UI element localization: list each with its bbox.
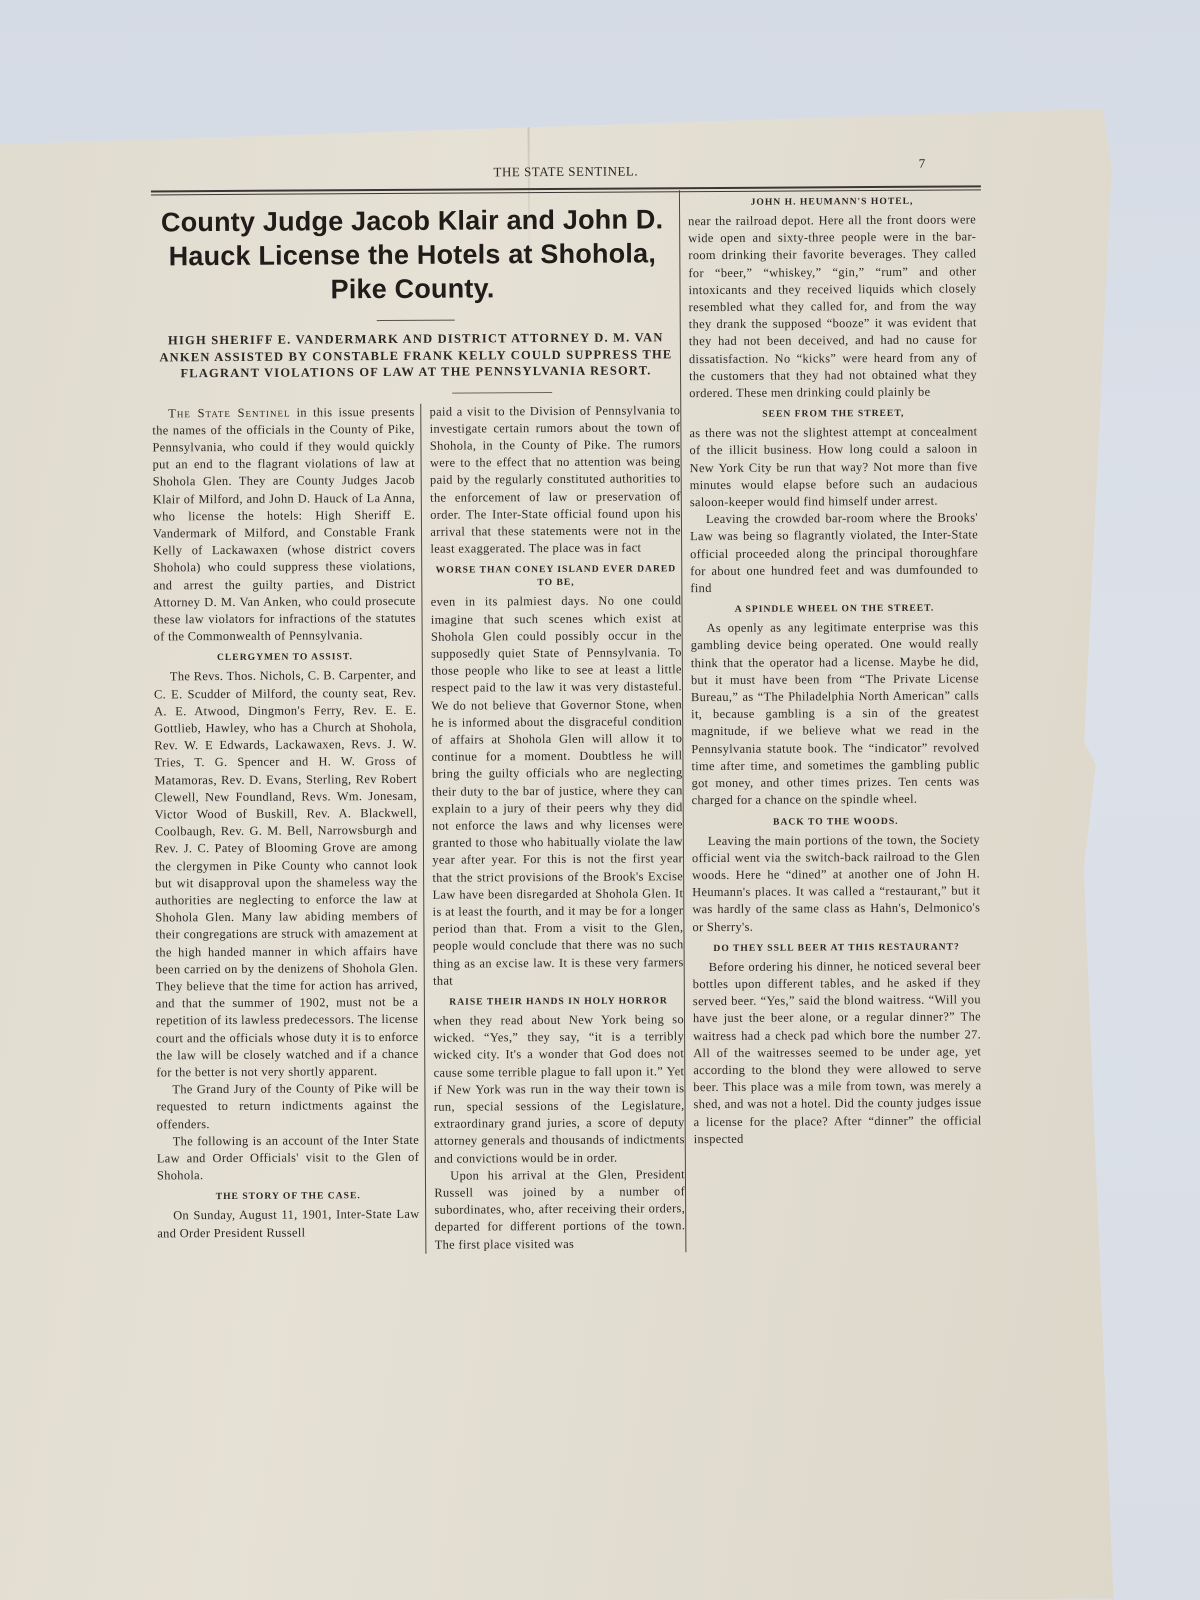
col1-paragraph-5: On Sunday, August 11, 1901, Inter-State … bbox=[157, 1206, 420, 1242]
col2-paragraph-2: even in its palmiest days. No one could … bbox=[431, 593, 684, 990]
col3-paragraph-1: near the railroad depot. Here all the fr… bbox=[688, 211, 977, 402]
subhead-coney-island: WORSE THAN CONEY ISLAND EVER DARED TO BE… bbox=[431, 563, 682, 591]
deck-divider bbox=[452, 391, 552, 393]
subhead-seen-from-street: SEEN FROM THE STREET, bbox=[689, 407, 977, 422]
col1-paragraph-3: The Grand Jury of the County of Pike wil… bbox=[156, 1080, 419, 1133]
subhead-back-to-woods: BACK TO THE WOODS. bbox=[692, 814, 980, 829]
subhead-spindle-wheel: A SPINDLE WHEEL ON THE STREET. bbox=[690, 602, 978, 617]
col3-paragraph-4: As openly as any legitimate enterprise w… bbox=[691, 619, 980, 810]
article-headline: County Judge Jacob Klair and John D. Hau… bbox=[151, 202, 674, 307]
column-2: paid a visit to the Division of Pennsylv… bbox=[421, 402, 686, 1254]
article-grid: County Judge Jacob Klair and John D. Hau… bbox=[151, 190, 987, 1255]
subhead-clergymen: CLERGYMEN TO ASSIST. bbox=[154, 650, 416, 665]
publication-name: THE STATE SENTINEL. bbox=[493, 163, 638, 179]
running-head: THE STATE SENTINEL. 7 bbox=[151, 161, 981, 188]
column-1: The State Sentinel in this issue present… bbox=[152, 403, 426, 1255]
article-deck: HIGH SHERIFF E. VANDERMARK AND DISTRICT … bbox=[152, 329, 680, 382]
col2-paragraph-1: paid a visit to the Division of Pennsylv… bbox=[430, 402, 682, 558]
headline-and-columns: County Judge Jacob Klair and John D. Hau… bbox=[151, 192, 685, 1255]
page-number: 7 bbox=[919, 156, 926, 172]
column-3: JOHN H. HEUMANN'S HOTEL, near the railro… bbox=[679, 188, 982, 1252]
col3-paragraph-6: Before ordering his dinner, he noticed s… bbox=[693, 957, 982, 1148]
subhead-sell-beer: DO THEY SSLL BEER AT THIS RESTAURANT? bbox=[693, 940, 981, 955]
col3-paragraph-3: Leaving the crowded bar-room where the B… bbox=[690, 510, 979, 598]
newspaper-page: THE STATE SENTINEL. 7 County Judge Jacob… bbox=[0, 109, 1130, 1600]
subhead-heumann-hotel: JOHN H. HEUMANN'S HOTEL, bbox=[688, 194, 976, 209]
col2-paragraph-4: Upon his arrival at the Glen, President … bbox=[434, 1166, 685, 1254]
col3-paragraph-5: Leaving the main portions of the town, t… bbox=[692, 831, 981, 936]
subhead-story-of-case: THE STORY OF THE CASE. bbox=[157, 1189, 419, 1204]
col1-paragraph-4: The following is an account of the Inter… bbox=[157, 1132, 420, 1185]
col2-paragraph-3: when they read about New York being so w… bbox=[433, 1011, 685, 1167]
page-content: THE STATE SENTINEL. 7 County Judge Jacob… bbox=[151, 161, 988, 1255]
col1-paragraph-1: The State Sentinel in this issue present… bbox=[152, 403, 416, 645]
col1-paragraph-2: The Revs. Thos. Nichols, C. B. Carpenter… bbox=[154, 667, 419, 1081]
lead-publication-name: The State Sentinel bbox=[168, 405, 290, 420]
subhead-holy-horror: RAISE THEIR HANDS IN HOLY HORROR bbox=[433, 994, 684, 1009]
col3-paragraph-2: as there was not the slightest attempt a… bbox=[689, 424, 978, 512]
headline-divider bbox=[377, 320, 455, 321]
body-columns-1-2: The State Sentinel in this issue present… bbox=[152, 402, 685, 1256]
